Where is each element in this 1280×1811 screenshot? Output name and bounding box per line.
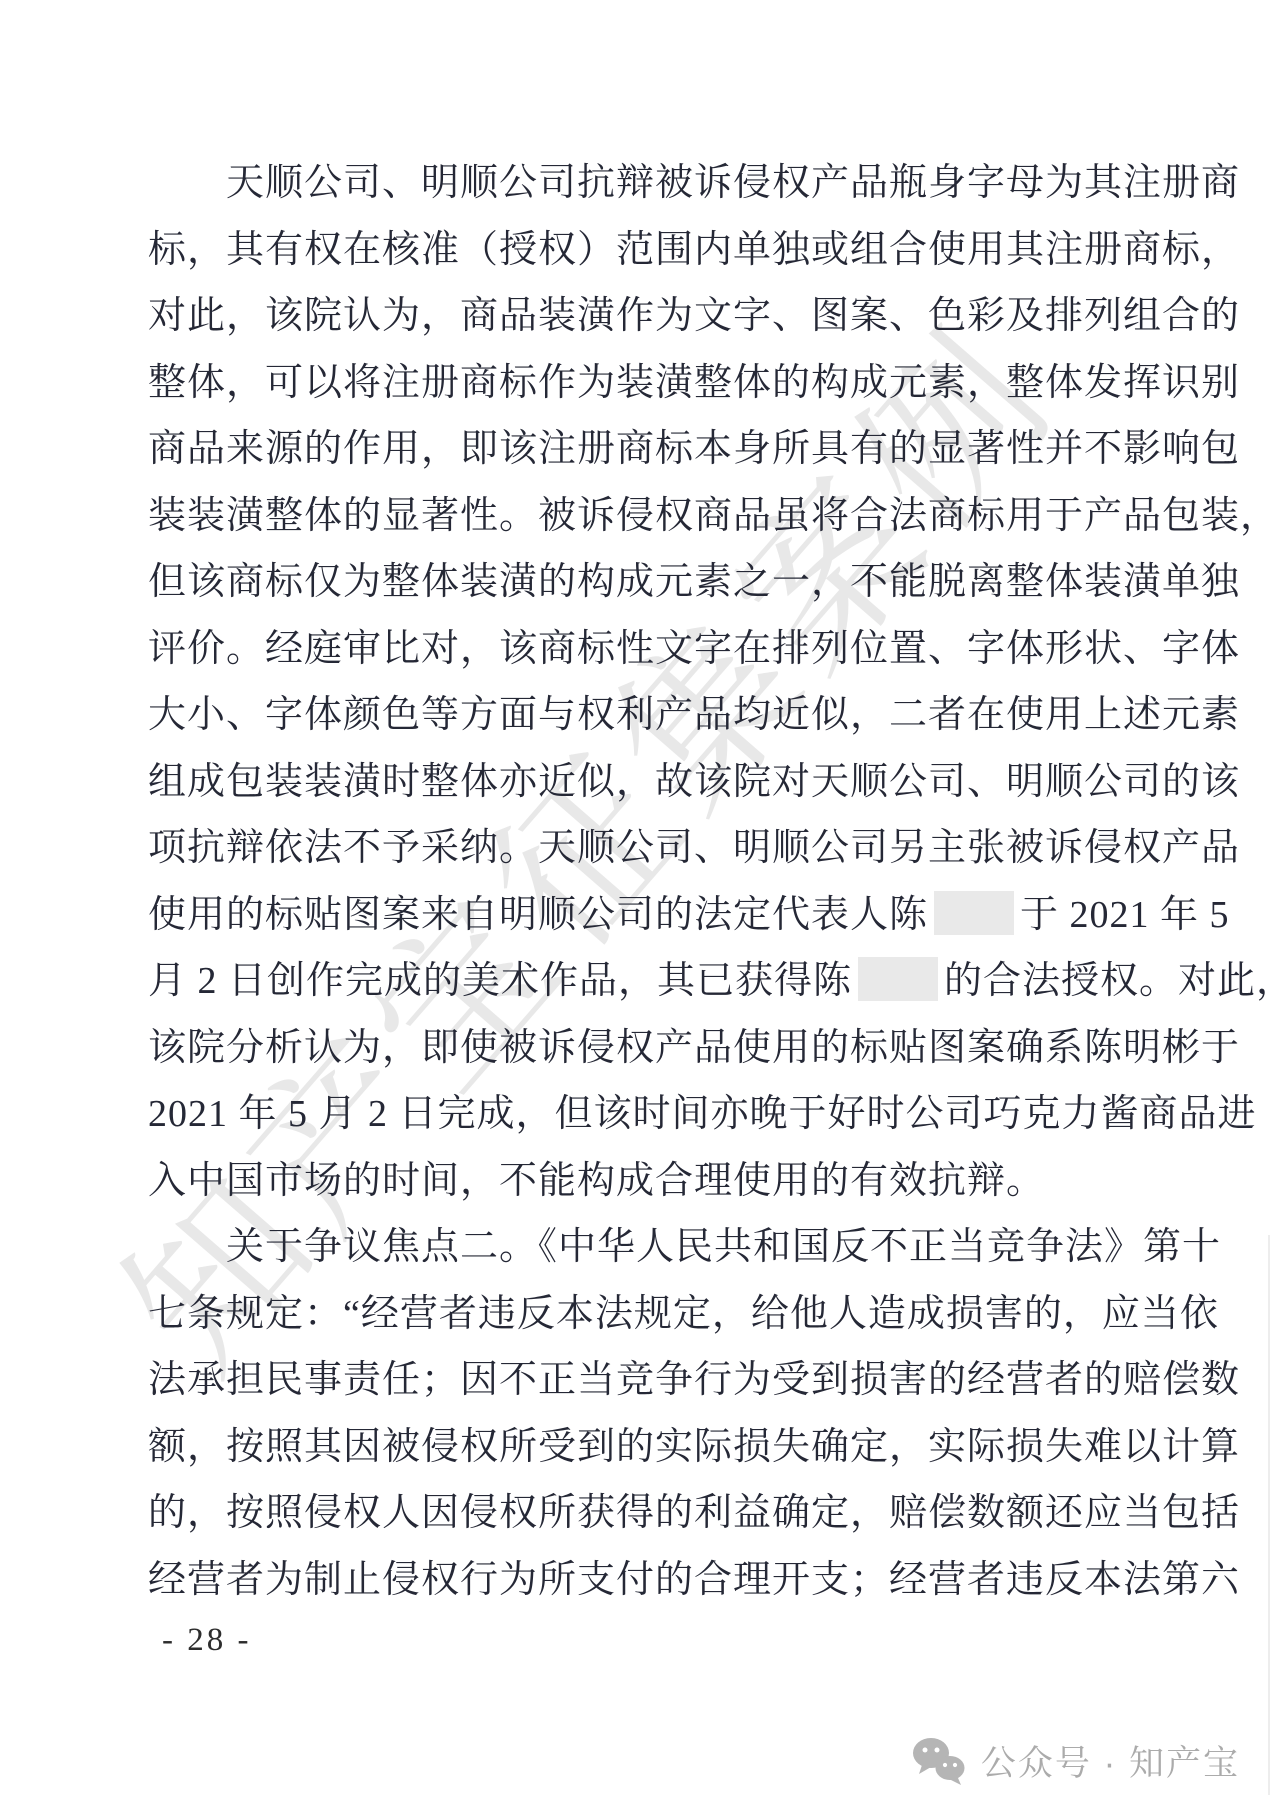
text-segment: 整体，可以将注册商标作为装潢整体的构成元素，整体发挥识别 (148, 362, 1240, 404)
text-segment: 大小、字体颜色等方面与权利产品均近似，二者在使用上述元素 (148, 694, 1240, 736)
text-line: 但该商标仅为整体装潢的构成元素之一，不能脱离整体装潢单独 (148, 549, 1148, 616)
text-segment: 标，其有权在核准（授权）范围内单独或组合使用其注册商标， (148, 229, 1240, 271)
text-segment: 使用的标贴图案来自明顺公司的法定代表人陈 (148, 894, 928, 936)
text-segment: 评价。经庭审比对，该商标性文字在排列位置、字体形状、字体 (148, 628, 1240, 670)
text-segment: 的合法授权。对此， (944, 960, 1280, 1002)
text-line: 2021 年 5 月 2 日完成，但该时间亦晚于好时公司巧克力酱商品进 (148, 1081, 1148, 1148)
text-segment: 项抗辩依法不予采纳。天顺公司、明顺公司另主张被诉侵权产品 (148, 827, 1240, 869)
text-line: 使用的标贴图案来自明顺公司的法定代表人陈于 2021 年 5 (148, 882, 1148, 949)
text-segment: 经营者为制止侵权行为所支付的合理开支；经营者违反本法第六 (148, 1559, 1240, 1601)
text-segment: 额，按照其因被侵权所受到的实际损失确定，实际损失难以计算 (148, 1426, 1240, 1468)
text-line: 经营者为制止侵权行为所支付的合理开支；经营者违反本法第六 (148, 1547, 1148, 1614)
text-segment: 2021 年 5 月 2 日完成，但该时间亦晚于好时公司巧克力酱商品进 (148, 1093, 1257, 1135)
text-segment: 对此，该院认为，商品装潢作为文字、图案、色彩及排列组合的 (148, 295, 1240, 337)
text-line: 对此，该院认为，商品装潢作为文字、图案、色彩及排列组合的 (148, 283, 1148, 350)
text-line: 关于争议焦点二。《中华人民共和国反不正当竞争法》第十 (148, 1214, 1148, 1281)
text-segment: 关于争议焦点二。《中华人民共和国反不正当竞争法》第十 (226, 1226, 1221, 1268)
footer-brand-text: 公众号 · 知产宝 (981, 1736, 1240, 1786)
text-segment: 的，按照侵权人因侵权所获得的利益确定，赔偿数额还应当包括 (148, 1492, 1240, 1534)
scanned-judgment-page: 知产宝征集案例 天顺公司、明顺公司抗辩被诉侵权产品瓶身字母为其注册商标，其有权在… (0, 0, 1280, 1811)
page-number: - 28 - (162, 1622, 251, 1659)
text-segment: 法承担民事责任；因不正当竞争行为受到损害的经营者的赔偿数 (148, 1359, 1240, 1401)
redaction-box (858, 957, 938, 1001)
text-segment: 装装潢整体的显著性。被诉侵权商品虽将合法商标用于产品包装， (148, 495, 1279, 537)
text-segment: 于 2021 年 5 (1020, 894, 1230, 936)
text-line: 月 2 日创作完成的美术作品，其已获得陈的合法授权。对此， (148, 948, 1148, 1015)
text-line: 装装潢整体的显著性。被诉侵权商品虽将合法商标用于产品包装， (148, 483, 1148, 550)
text-line: 的，按照侵权人因侵权所获得的利益确定，赔偿数额还应当包括 (148, 1480, 1148, 1547)
redaction-box (934, 891, 1014, 935)
text-line: 该院分析认为，即使被诉侵权产品使用的标贴图案确系陈明彬于 (148, 1015, 1148, 1082)
text-segment: 七条规定：“经营者违反本法规定，给他人造成损害的，应当依 (148, 1293, 1219, 1335)
text-line: 组成包装装潢时整体亦近似，故该院对天顺公司、明顺公司的该 (148, 749, 1148, 816)
text-segment: 入中国市场的时间，不能构成合理使用的有效抗辩。 (148, 1160, 1045, 1202)
text-line: 商品来源的作用，即该注册商标本身所具有的显著性并不影响包 (148, 416, 1148, 483)
text-line: 入中国市场的时间，不能构成合理使用的有效抗辩。 (148, 1148, 1148, 1215)
text-segment: 天顺公司、明顺公司抗辩被诉侵权产品瓶身字母为其注册商 (226, 162, 1240, 204)
scan-edge-line (1268, 1235, 1270, 1795)
text-segment: 商品来源的作用，即该注册商标本身所具有的显著性并不影响包 (148, 428, 1240, 470)
text-line: 额，按照其因被侵权所受到的实际损失确定，实际损失难以计算 (148, 1414, 1148, 1481)
text-segment: 月 2 日创作完成的美术作品，其已获得陈 (148, 960, 852, 1002)
text-line: 法承担民事责任；因不正当竞争行为受到损害的经营者的赔偿数 (148, 1347, 1148, 1414)
text-line: 整体，可以将注册商标作为装潢整体的构成元素，整体发挥识别 (148, 350, 1148, 417)
text-line: 标，其有权在核准（授权）范围内单独或组合使用其注册商标， (148, 217, 1148, 284)
text-segment: 组成包装装潢时整体亦近似，故该院对天顺公司、明顺公司的该 (148, 761, 1240, 803)
document-body: 天顺公司、明顺公司抗辩被诉侵权产品瓶身字母为其注册商标，其有权在核准（授权）范围… (148, 150, 1148, 1613)
text-segment: 该院分析认为，即使被诉侵权产品使用的标贴图案确系陈明彬于 (148, 1027, 1240, 1069)
text-line: 大小、字体颜色等方面与权利产品均近似，二者在使用上述元素 (148, 682, 1148, 749)
text-line: 评价。经庭审比对，该商标性文字在排列位置、字体形状、字体 (148, 616, 1148, 683)
text-segment: 但该商标仅为整体装潢的构成元素之一，不能脱离整体装潢单独 (148, 561, 1240, 603)
footer-brand: 公众号 · 知产宝 (911, 1736, 1240, 1786)
text-line: 天顺公司、明顺公司抗辩被诉侵权产品瓶身字母为其注册商 (148, 150, 1148, 217)
text-line: 项抗辩依法不予采纳。天顺公司、明顺公司另主张被诉侵权产品 (148, 815, 1148, 882)
text-line: 七条规定：“经营者违反本法规定，给他人造成损害的，应当依 (148, 1281, 1148, 1348)
wechat-official-account-icon (911, 1737, 967, 1785)
